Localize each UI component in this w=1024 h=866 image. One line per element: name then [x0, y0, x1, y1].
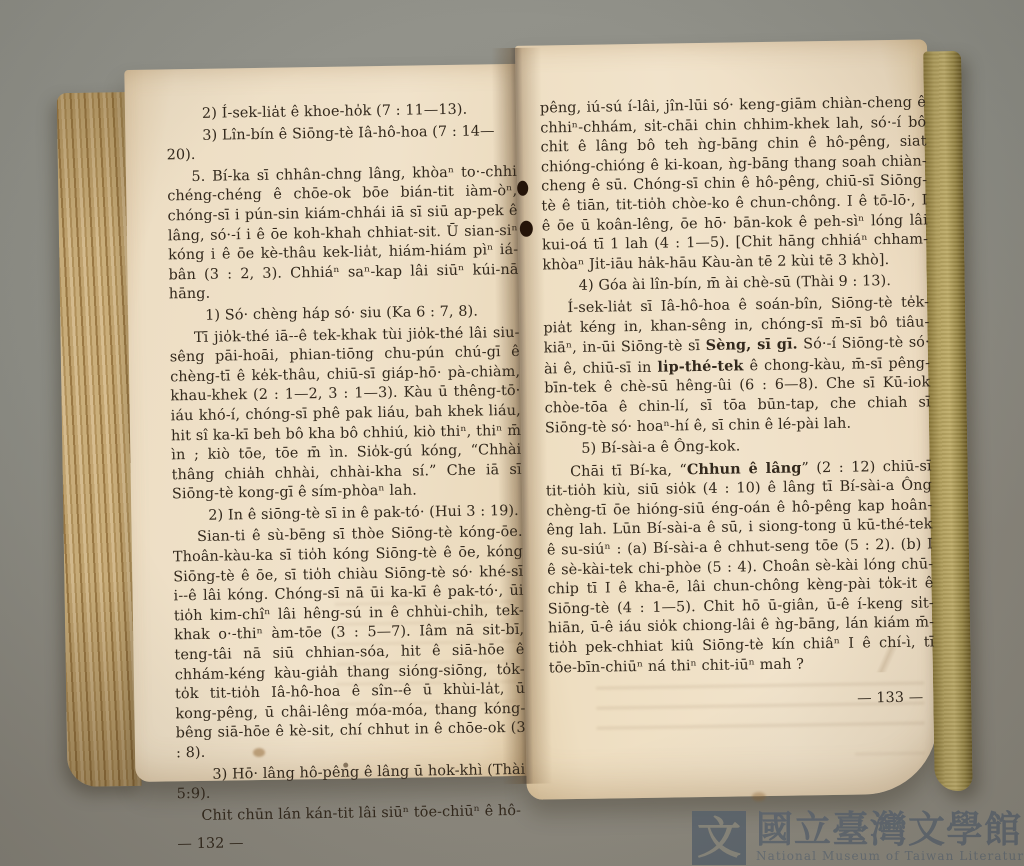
watermark-title: 國立臺灣文學館 [756, 811, 1024, 848]
paragraph: Tī jio̍k-thé iā--ê tek-khak tùi jio̍k-th… [169, 323, 522, 505]
photo-background: 2) Í-sek-lia̍t ê khoe-ho̍k (7 : 11—13). … [0, 0, 1024, 866]
list-item: 3) Lîn-bín ê Siōng-tè Iâ-hô-hoa (7 : 14—… [166, 121, 517, 166]
left-page-text: 2) Í-sek-lia̍t ê khoe-ho̍k (7 : 11—13). … [166, 98, 528, 856]
bold-segment: Sèng, sī gī. [706, 336, 798, 354]
paragraph-segment: Chāi tī Bí-ka, “ [570, 462, 687, 480]
watermark-subtitle: National Museum of Taiwan Literature [756, 849, 1024, 863]
paragraph: pêng, iú-sú í-lâi, jîn-lūi só· keng-giām… [540, 93, 929, 275]
watermark-text: 國立臺灣文學館 National Museum of Taiwan Litera… [756, 811, 1024, 863]
watermark: 文 國立臺灣文學館 National Museum of Taiwan Lite… [692, 811, 1024, 865]
list-item: 1) Só· chèng háp só· siu (Ka 6 : 7, 8). [169, 302, 519, 327]
nmtl-logo-glyph: 文 [697, 817, 741, 861]
bold-segment: Chhun ê lâng [687, 459, 802, 478]
page-number: — 132 — [177, 830, 527, 855]
paragraph: 5. Bí-ka sī chhân-chng lâng, khòaⁿ to·-c… [167, 163, 519, 306]
bold-segment: li̍p-thé-tek [657, 357, 743, 375]
list-item: 3) Hō· lâng hô-pêng ê lâng ū hok-khì (Th… [176, 760, 527, 805]
paragraph: Í-sek-lia̍t sī Iâ-hô-hoa ê soán-bîn, Siō… [543, 293, 931, 438]
paragraph-segment: ” (2 : 12) chiū-sī tit-tio̍h kiù, siū si… [546, 458, 935, 676]
paragraph: Chāi tī Bí-ka, “Chhun ê lâng” (2 : 12) c… [546, 456, 935, 679]
list-item: 2) In ê siōng-tè sī in ê pak-tó· (Hui 3 … [172, 502, 522, 527]
list-item: 2) Í-sek-lia̍t ê khoe-ho̍k (7 : 11—13). [166, 100, 516, 125]
nmtl-logo-icon: 文 [692, 811, 746, 865]
open-book: 2) Í-sek-lia̍t ê khoe-ho̍k (7 : 11—13). … [0, 0, 1024, 866]
binding-hole [520, 221, 533, 237]
right-page-text: pêng, iú-sú í-lâi, jîn-lūi só· keng-giām… [540, 93, 936, 715]
paragraph: Chit chūn lán kán-tit lâi siūⁿ tōe-chiūⁿ… [177, 802, 527, 827]
paragraph: Sian-ti ê sù-bēng sī thòe Siōng-tè kóng-… [173, 523, 527, 764]
binding-hole [517, 181, 528, 196]
